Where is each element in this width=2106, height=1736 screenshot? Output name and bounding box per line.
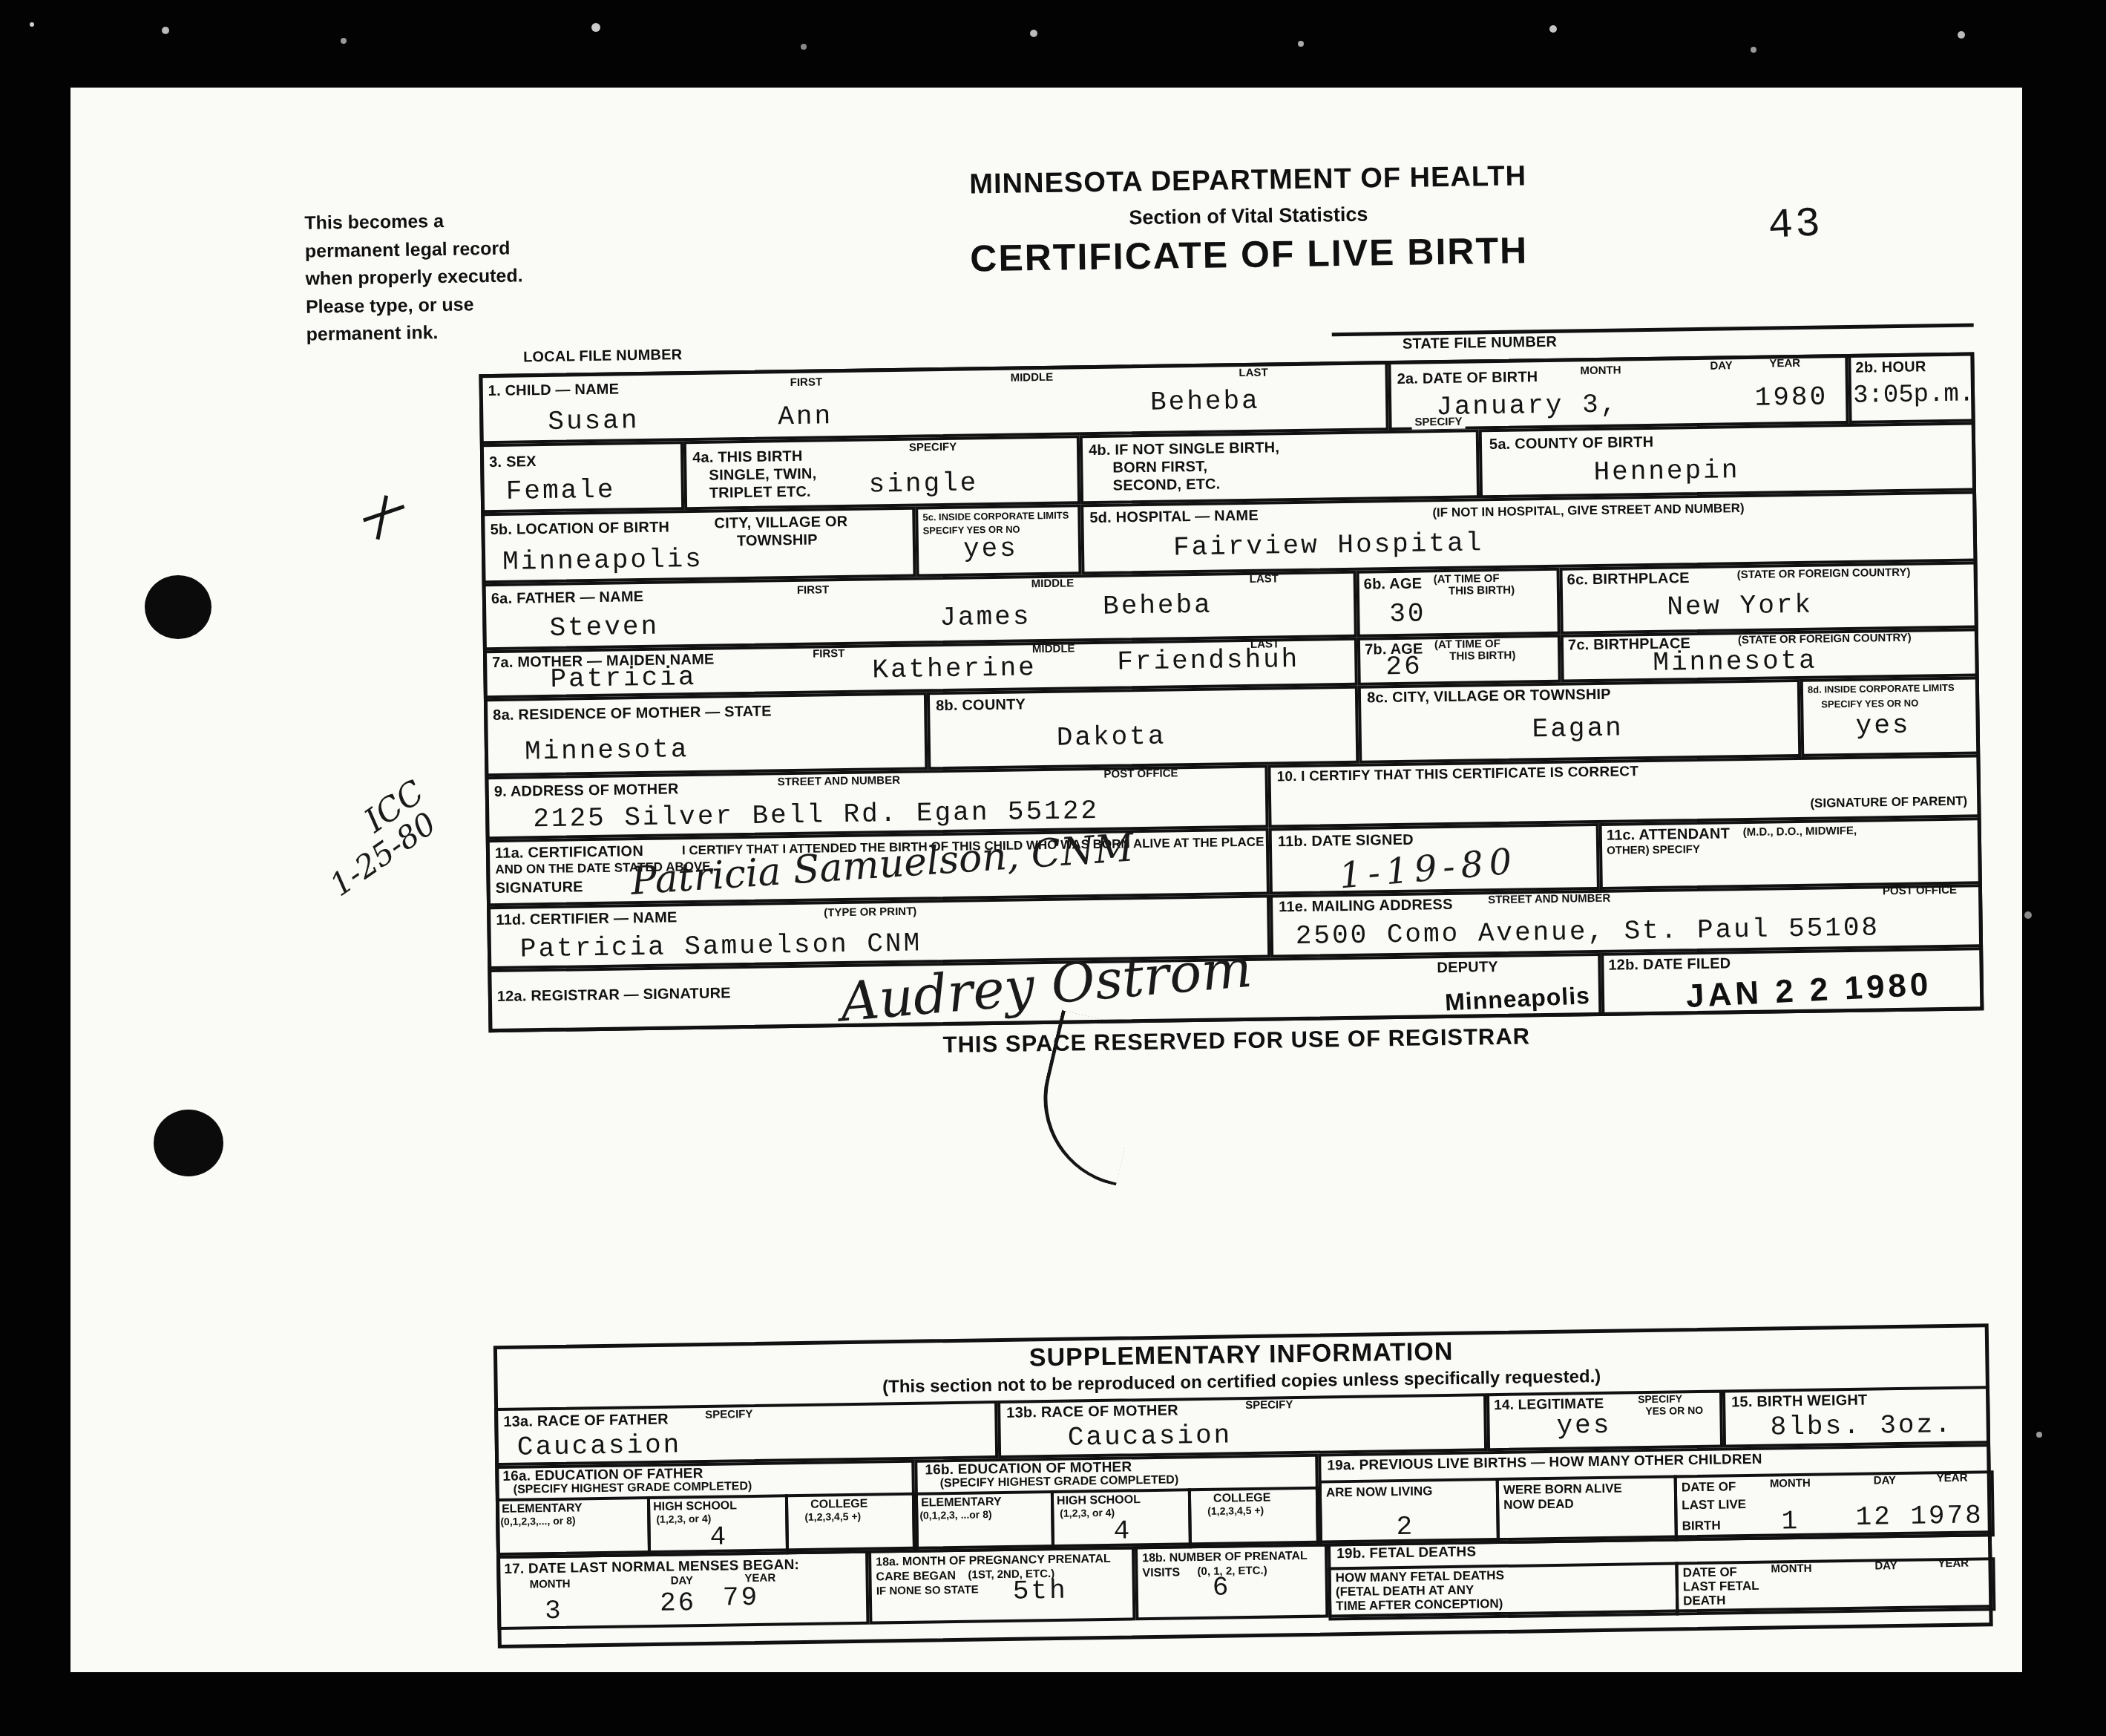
address-street-label: STREET AND NUMBER	[778, 775, 901, 789]
last-birth-label2: LAST LIVE	[1682, 1498, 1746, 1513]
this-birth-label3: TRIPLET ETC.	[709, 484, 811, 502]
last-birth-year-label: YEAR	[1937, 1473, 1968, 1485]
field-mother-age: 7b. AGE (AT TIME OF THIS BIRTH) 26	[1357, 635, 1561, 686]
edu-father-high-school: HIGH SCHOOL (1,2,3, or 4) 4	[647, 1494, 789, 1556]
edu-mother-college-range: (1,2,3,4,5 +)	[1207, 1505, 1264, 1518]
mailing-street-label: STREET AND NUMBER	[1488, 893, 1611, 907]
not-single-label3: SECOND, ETC.	[1113, 476, 1221, 494]
certifier-sub: (TYPE OR PRINT)	[824, 906, 916, 920]
hospital-label: 5d. HOSPITAL — NAME	[1089, 508, 1259, 527]
this-birth-value: single	[868, 468, 978, 499]
field-father-name: 6a. FATHER — NAME FIRST MIDDLE LAST Stev…	[482, 571, 1357, 650]
fetal-how-many-label3: TIME AFTER CONCEPTION)	[1336, 1597, 1503, 1614]
hospital-note: (IF NOT IN HOSPITAL, GIVE STREET AND NUM…	[1432, 502, 1745, 520]
header-title: CERTIFICATE OF LIVE BIRTH	[729, 225, 1769, 284]
edu-father-college-range: (1,2,3,4,5 +)	[804, 1511, 861, 1524]
prev-births-living: ARE NOW LIVING 2	[1319, 1478, 1500, 1547]
prev-births-label: 19a. PREVIOUS LIVE BIRTHS — HOW MANY OTH…	[1327, 1452, 1762, 1475]
father-last-value: Beheba	[1103, 590, 1213, 622]
field-inside-corporate-limits-2: 8d. INSIDE CORPORATE LIMITS SPECIFY YES …	[1800, 676, 1981, 757]
field-prenatal-visits: 18b. NUMBER OF PRENATAL VISITS (0, 1, 2,…	[1135, 1543, 1328, 1620]
child-middle-value: Ann	[778, 401, 833, 432]
menses-month-label: MONTH	[530, 1579, 571, 1591]
field-race-of-father: 13a. RACE OF FATHER SPECIFY Caucasion	[494, 1401, 998, 1466]
last-birth-day-label: DAY	[1874, 1475, 1897, 1487]
prenatal-began-none-label: IF NONE SO STATE	[876, 1584, 979, 1598]
edu-mother-elementary: ELEMENTARY (0,1,2,3, ...or 8)	[915, 1490, 1054, 1553]
prenatal-visits-label: 18b. NUMBER OF PRENATAL	[1142, 1550, 1308, 1565]
deputy-city-stamp: Minneapolis	[1444, 982, 1591, 1017]
fetal-how-many: HOW MANY FETAL DEATHS (FETAL DEATH AT AN…	[1328, 1562, 1679, 1620]
attendant-label: 11c. ATTENDANT	[1607, 825, 1730, 844]
dob-month-label: MONTH	[1580, 364, 1621, 377]
field-race-of-mother: 13b. RACE OF MOTHER SPECIFY Caucasion	[997, 1393, 1487, 1458]
address-po-label: POST OFFICE	[1103, 767, 1178, 781]
field-fetal-deaths: 19b. FETAL DEATHS HOW MANY FETAL DEATHS …	[1328, 1533, 1992, 1617]
prenatal-began-label: 18a. MONTH OF PREGNANCY PRENATAL	[876, 1553, 1111, 1569]
edu-father-elem-range: (0,1,2,3,..., or 8)	[500, 1516, 575, 1528]
edu-father-college-label: COLLEGE	[810, 1498, 868, 1512]
corp1-label: 5c. INSIDE CORPORATE LIMITS	[922, 511, 1069, 523]
field-date-filed: 12b. DATE FILED JAN 2 2 1980	[1601, 947, 1984, 1016]
corp2-sub-label: SPECIFY YES OR NO	[1821, 698, 1918, 710]
residence-value: Minnesota	[525, 734, 689, 767]
field-mother-birthplace: 7c. BIRTHPLACE (STATE OR FOREIGN COUNTRY…	[1561, 628, 1979, 682]
father-age-label: 6b. AGE	[1364, 575, 1423, 593]
father-age-value: 30	[1389, 598, 1426, 629]
field-residence-state: 8a. RESIDENCE OF MOTHER — STATE Minnesot…	[484, 692, 928, 776]
race-mother-specify: SPECIFY	[1245, 1399, 1293, 1412]
prev-births-dead-label2: NOW DEAD	[1503, 1498, 1574, 1513]
field-legitimate: 14. LEGITIMATE SPECIFY YES OR NO yes	[1486, 1390, 1723, 1452]
dob-label: 2a. DATE OF BIRTH	[1397, 369, 1538, 388]
location-sub-label: CITY, VILLAGE OR	[714, 514, 847, 533]
hour-value: 3:05p.m.	[1853, 380, 1975, 410]
state-file-number-label: STATE FILE NUMBER	[1403, 334, 1558, 353]
edu-mother-college-label: COLLEGE	[1213, 1492, 1271, 1506]
edu-mother-elem-range: (0,1,2,3, ...or 8)	[919, 1509, 991, 1522]
prenatal-visits-label2: VISITS	[1142, 1566, 1180, 1579]
address-label: 9. ADDRESS OF MOTHER	[494, 781, 679, 801]
field-menses-began: 17. DATE LAST NORMAL MENSES BEGAN: MONTH…	[496, 1550, 869, 1630]
location-label: 5b. LOCATION OF BIRTH	[490, 519, 669, 539]
registrar-label: 12a. REGISTRAR — SIGNATURE	[497, 985, 731, 1006]
edu-father-college: COLLEGE (1,2,3,4,5 +)	[785, 1493, 916, 1555]
race-father-value: Caucasion	[517, 1429, 682, 1462]
mother-bp-sub: (STATE OR FOREIGN COUNTRY)	[1738, 632, 1912, 647]
fetal-last-label: DATE OF	[1682, 1565, 1737, 1580]
field-certification: 11a. CERTIFICATION I CERTIFY THAT I ATTE…	[486, 828, 1270, 907]
last-birth-month-value: 1	[1781, 1506, 1800, 1536]
edu-father-hs-value: 4	[709, 1522, 728, 1552]
certify10-note: (SIGNATURE OF PARENT)	[1810, 795, 1967, 811]
this-birth-label: 4a. THIS BIRTH	[692, 448, 803, 467]
field-address-of-mother: 9. ADDRESS OF MOTHER STREET AND NUMBER P…	[485, 765, 1268, 840]
mother-last-value: Friendshuh	[1117, 644, 1300, 678]
last-birth-label3: BIRTH	[1682, 1519, 1721, 1533]
header-department: MINNESOTA DEPARTMENT OF HEALTH	[728, 157, 1767, 204]
father-label: 6a. FATHER — NAME	[491, 589, 644, 608]
father-middle-value: James	[939, 601, 1031, 633]
father-first-label: FIRST	[797, 584, 830, 597]
fetal-deaths-label: 19b. FETAL DEATHS	[1336, 1545, 1476, 1563]
last-birth-label: DATE OF	[1682, 1480, 1736, 1495]
menses-day-label: DAY	[670, 1575, 693, 1588]
menses-year-value: 79	[723, 1582, 760, 1614]
edu-mother-high-school: HIGH SCHOOL (1,2,3, or 4) 4	[1051, 1488, 1192, 1550]
mailing-po-label: POST OFFICE	[1883, 885, 1957, 898]
edu-father-sub: (SPECIFY HIGHEST GRADE COMPLETED)	[514, 1480, 752, 1496]
hour-label: 2b. HOUR	[1855, 358, 1926, 376]
edu-father-hs-label: HIGH SCHOOL	[653, 1499, 737, 1513]
date-filed-label: 12b. DATE FILED	[1608, 955, 1731, 974]
field-birth-weight: 15. BIRTH WEIGHT 8lbs. 3oz.	[1722, 1386, 1990, 1447]
certification-signature: Patricia Samuelson, CNM	[629, 826, 1135, 904]
father-last-label: LAST	[1250, 573, 1279, 586]
film-speckles	[30, 22, 34, 27]
hospital-value: Fairview Hospital	[1173, 528, 1484, 563]
state-file-rule	[1332, 323, 1974, 336]
edu-father-hs-range: (1,2,3, or 4)	[656, 1513, 711, 1525]
prev-births-dead-label: WERE BORN ALIVE	[1503, 1482, 1622, 1498]
res-city-label: 8c. CITY, VILLAGE OR TOWNSHIP	[1367, 687, 1611, 707]
race-father-specify: SPECIFY	[705, 1409, 752, 1421]
field-hospital-name: 5d. HOSPITAL — NAME (IF NOT IN HOSPITAL,…	[1080, 491, 1977, 574]
child-last-value: Beheba	[1150, 386, 1260, 418]
deputy-label: DEPUTY	[1437, 959, 1498, 977]
field-attendant: 11c. ATTENDANT (M.D., D.O., MIDWIFE, OTH…	[1599, 817, 1982, 890]
attendant-sub2: OTHER) SPECIFY	[1607, 844, 1700, 857]
location-value: Minneapolis	[502, 544, 703, 577]
menses-day-value: 26	[660, 1588, 697, 1619]
mother-first-value: Patricia	[550, 662, 696, 695]
edu-mother-hs-range: (1,2,3, or 4)	[1060, 1507, 1115, 1519]
mother-first-label: FIRST	[813, 648, 845, 661]
res-city-value: Eagan	[1532, 713, 1624, 744]
this-birth-specify-label: SPECIFY	[909, 442, 957, 454]
certificate-form: LOCAL FILE NUMBER STATE FILE NUMBER 1. C…	[479, 326, 1993, 1648]
father-bp-label: 6c. BIRTHPLACE	[1567, 570, 1690, 589]
res-county-label: 8b. COUNTY	[936, 696, 1026, 715]
field-prenatal-care-began: 18a. MONTH OF PREGNANCY PRENATAL CARE BE…	[868, 1546, 1135, 1624]
last-birth-dayyear-value: 12 1978	[1855, 1500, 1984, 1533]
page-number: 43	[1767, 200, 1823, 250]
mother-bp-value: Minnesota	[1653, 646, 1817, 678]
field-this-birth: 4a. THIS BIRTH SINGLE, TWIN, TRIPLET ETC…	[683, 435, 1080, 510]
not-single-specify-label: SPECIFY	[1411, 416, 1465, 430]
county-birth-value: Hennepin	[1593, 455, 1739, 488]
address-value: 2125 Silver Bell Rd. Egan 55122	[533, 796, 1099, 834]
dob-day-label: DAY	[1710, 360, 1733, 373]
certifier-label: 11d. CERTIFIER — NAME	[496, 909, 678, 929]
prev-births-last-birth: DATE OF LAST LIVE BIRTH MONTH DAY YEAR 1…	[1674, 1470, 1995, 1541]
child-first-value: Susan	[548, 405, 640, 437]
prenatal-visits-label3: (0, 1, 2, ETC.)	[1197, 1565, 1267, 1579]
local-file-number-label: LOCAL FILE NUMBER	[523, 347, 682, 366]
res-county-value: Dakota	[1056, 721, 1166, 753]
field-county-of-birth: 5a. COUNTY OF BIRTH Hennepin	[1479, 422, 1976, 498]
child-first-label: FIRST	[790, 376, 823, 389]
field-education-of-mother: 16b. EDUCATION OF MOTHER (SPECIFY HIGHES…	[914, 1454, 1319, 1550]
race-mother-value: Caucasion	[1067, 1420, 1232, 1452]
father-first-value: Steven	[549, 612, 659, 643]
date-filed-stamp: JAN 2 2 1980	[1685, 966, 1933, 1015]
certifier-value: Patricia Samuelson CNM	[520, 928, 922, 965]
not-single-label2: BORN FIRST,	[1112, 459, 1207, 477]
date-signed-label: 11b. DATE SIGNED	[1278, 832, 1414, 851]
prenatal-began-value: 5th	[1013, 1576, 1068, 1607]
edu-mother-hs-value: 4	[1113, 1516, 1132, 1546]
field-residence-city: 8c. CITY, VILLAGE OR TOWNSHIP Eagan	[1358, 679, 1801, 764]
mother-age-value: 26	[1385, 651, 1423, 682]
this-birth-label2: SINGLE, TWIN,	[709, 466, 816, 485]
county-birth-label: 5a. COUNTY OF BIRTH	[1489, 434, 1654, 453]
field-residence-county: 8b. COUNTY Dakota	[927, 686, 1359, 770]
field-hour: 2b. HOUR 3:05p.m.	[1848, 352, 1975, 424]
sex-label: 3. SEX	[489, 453, 537, 471]
mailing-label: 11e. MAILING ADDRESS	[1279, 897, 1453, 916]
fetal-last-label3: DEATH	[1683, 1594, 1726, 1609]
mailing-value: 2500 Como Avenue, St. Paul 55108	[1295, 912, 1880, 951]
field-child-name: 1. CHILD — NAME FIRST MIDDLE LAST Susan …	[479, 361, 1388, 444]
father-bp-sub: (STATE OR FOREIGN COUNTRY)	[1737, 567, 1911, 582]
race-father-label: 13a. RACE OF FATHER	[503, 1412, 669, 1431]
fetal-last-label2: LAST FETAL	[1683, 1579, 1759, 1594]
field-inside-corporate-limits-1: 5c. INSIDE CORPORATE LIMITS SPECIFY YES …	[915, 504, 1081, 577]
prenatal-began-label2: CARE BEGAN	[876, 1570, 956, 1584]
location-sub-label2: TOWNSHIP	[737, 532, 818, 551]
prenatal-visits-value: 6	[1213, 1572, 1231, 1602]
last-birth-month-label: MONTH	[1770, 1478, 1811, 1490]
dob-year-label: YEAR	[1769, 358, 1800, 370]
field-mailing-address: 11e. MAILING ADDRESS STREET AND NUMBER P…	[1270, 884, 1983, 957]
field-father-age: 6b. AGE (AT TIME OF THIS BIRTH) 30	[1356, 568, 1560, 638]
child-name-label: 1. CHILD — NAME	[488, 381, 620, 400]
fetal-last-death: DATE OF LAST FETAL DEATH MONTH DAY YEAR	[1675, 1557, 1995, 1615]
certify10-label: 10. I CERTIFY THAT THIS CERTIFICATE IS C…	[1276, 764, 1638, 785]
attendant-sub: (M.D., D.O., MIDWIFE,	[1743, 825, 1857, 839]
prev-births-living-value: 2	[1396, 1512, 1414, 1542]
certificate-page: MINNESOTA DEPARTMENT OF HEALTH Section o…	[70, 88, 2022, 1672]
menses-month-value: 3	[545, 1596, 563, 1626]
child-middle-label: MIDDLE	[1010, 372, 1053, 384]
field-date-signed: 11b. DATE SIGNED 1-19-80	[1269, 823, 1600, 895]
field-sex: 3. SEX Female	[480, 441, 684, 513]
father-middle-label: MIDDLE	[1031, 577, 1075, 590]
father-bp-value: New York	[1667, 590, 1813, 623]
father-age-sub2: THIS BIRTH)	[1449, 585, 1515, 598]
legitimate-sub: SPECIFY	[1638, 1393, 1682, 1405]
certification-label: 11a. CERTIFICATION	[495, 843, 643, 862]
field-location-of-birth: 5b. LOCATION OF BIRTH CITY, VILLAGE OR T…	[481, 507, 916, 584]
birth-weight-value: 8lbs. 3oz.	[1770, 1409, 1953, 1443]
field-not-single-birth: 4b. IF NOT SINGLE BIRTH, BORN FIRST, SEC…	[1080, 429, 1480, 504]
field-education-of-father: 16a. EDUCATION OF FATHER (SPECIFY HIGHES…	[495, 1460, 916, 1556]
prev-births-dead: WERE BORN ALIVE NOW DEAD	[1496, 1475, 1678, 1544]
legitimate-sub2: YES OR NO	[1645, 1405, 1703, 1418]
legitimate-value: yes	[1556, 1410, 1611, 1441]
corp2-value: yes	[1855, 710, 1910, 741]
race-mother-label: 13b. RACE OF MOTHER	[1006, 1402, 1178, 1421]
edu-mother-hs-label: HIGH SCHOOL	[1057, 1493, 1141, 1507]
not-single-label: 4b. IF NOT SINGLE BIRTH,	[1089, 439, 1279, 459]
fetal-day-label: DAY	[1874, 1560, 1897, 1573]
corp1-value: yes	[963, 534, 1018, 565]
mother-middle-value: Katherine	[872, 652, 1037, 685]
field-previous-live-births: 19a. PREVIOUS LIVE BIRTHS — HOW MANY OTH…	[1318, 1444, 1992, 1543]
edu-mother-college: COLLEGE (1,2,3,4,5 +)	[1188, 1487, 1319, 1549]
mother-age-sub2: THIS BIRTH)	[1449, 650, 1515, 664]
child-last-label: LAST	[1239, 367, 1267, 379]
sex-value: Female	[505, 475, 615, 507]
field-certify-correct: 10. I CERTIFY THAT THIS CERTIFICATE IS C…	[1267, 754, 1981, 828]
dob-year-value: 1980	[1754, 381, 1828, 413]
edu-mother-sub: (SPECIFY HIGHEST GRADE COMPLETED)	[940, 1473, 1179, 1490]
birth-weight-label: 15. BIRTH WEIGHT	[1731, 1392, 1868, 1412]
residence-label: 8a. RESIDENCE OF MOTHER — STATE	[493, 703, 772, 724]
fetal-month-label: MONTH	[1771, 1563, 1811, 1576]
signature-label: SIGNATURE	[496, 879, 583, 897]
margin-note: This becomes a permanent legal record wh…	[304, 206, 529, 349]
field-father-birthplace: 6c. BIRTHPLACE (STATE OR FOREIGN COUNTRY…	[1559, 561, 1978, 634]
mother-middle-label: MIDDLE	[1032, 643, 1075, 655]
corp2-label: 8d. INSIDE CORPORATE LIMITS	[1808, 683, 1955, 695]
prev-births-living-label: ARE NOW LIVING	[1326, 1484, 1433, 1500]
fetal-year-label: YEAR	[1938, 1558, 1969, 1570]
edu-father-elementary: ELEMENTARY (0,1,2,3,..., or 8)	[496, 1496, 651, 1559]
